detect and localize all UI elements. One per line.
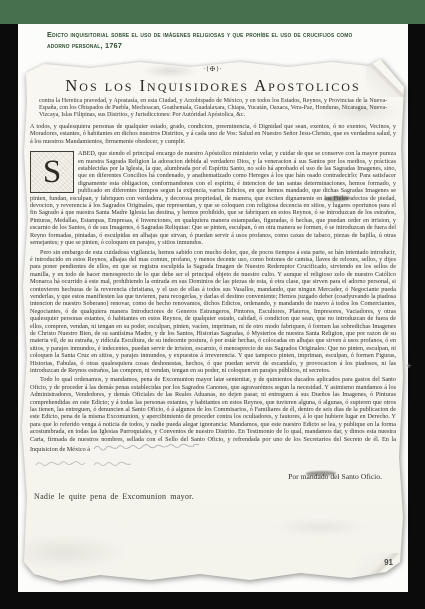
- document-content: ·(✠)· Nos los Inquisidores Apostolicos c…: [20, 57, 404, 501]
- book-page: Edicto inquisitorial sobre el uso de imá…: [18, 24, 408, 592]
- ink-smudge: [306, 471, 336, 476]
- screenshot-root: Edicto inquisitorial sobre el uso de imá…: [0, 0, 425, 609]
- handwritten-note-squiggle: [34, 460, 138, 468]
- body-paragraph-2-text: Pero sin embargo de esta cuidadosa vigil…: [30, 249, 396, 375]
- margin-plus-mark: +: [406, 362, 412, 370]
- closing-left-line: Nadie le quite pena de Excomunion mayor.: [34, 492, 396, 501]
- cross-ornament-icon: ·(✠)·: [30, 65, 396, 74]
- ornate-dropcap-box: S: [30, 151, 74, 193]
- document-heading: Nos los Inquisidores Apostolicos: [30, 75, 396, 96]
- handwritten-note-row: [34, 455, 396, 464]
- body-paragraph-3: Todo lo qual ordenamos, y mandamos, pena…: [30, 376, 396, 453]
- dog-ear-fold-icon: [366, 57, 404, 97]
- document-paper: ·(✠)· Nos los Inquisidores Apostolicos c…: [20, 57, 404, 587]
- body-paragraph-2: Pero sin embargo de esta cuidadosa vigil…: [30, 249, 396, 375]
- figure-caption-title: Edicto inquisitorial sobre el uso de imá…: [47, 29, 371, 51]
- paper-wrapper: ·(✠)· Nos los Inquisidores Apostolicos c…: [20, 57, 404, 587]
- dropcap-letter: S: [43, 156, 61, 189]
- page-number: 91: [384, 558, 393, 567]
- document-subheading: contra la Heretica pravedad, y Apostasía…: [39, 98, 387, 119]
- corner-fold-icon: [356, 553, 404, 587]
- green-header-band: [0, 0, 425, 24]
- salutation-paragraph: A todos, y qualesquiera personas de qual…: [30, 123, 396, 145]
- body-paragraph-3-text: Todo lo qual ordenamos, y mandamos, pena…: [30, 376, 396, 453]
- handwritten-date-squiggle: [92, 443, 210, 452]
